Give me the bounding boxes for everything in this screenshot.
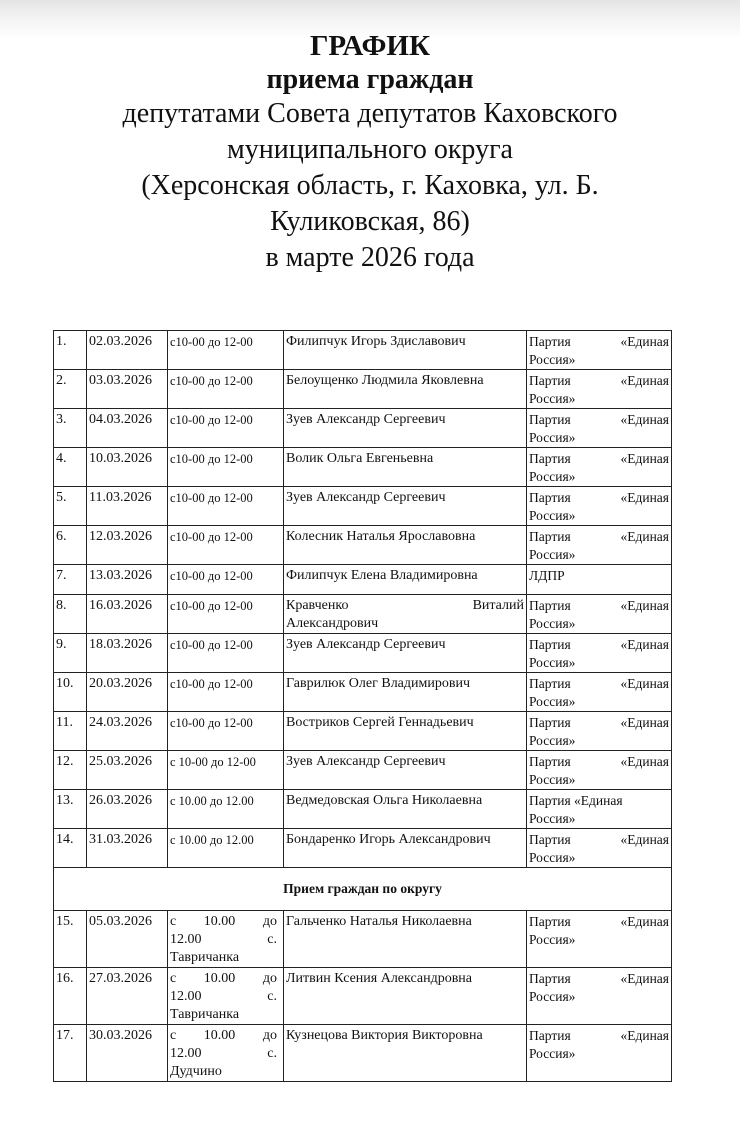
row-party: Партия«ЕдинаяРоссия» [527,448,672,487]
header-line: депутатами Совета депутатов Каховского [0,96,740,132]
party-word: Партия [529,714,571,732]
row-time: с10-00 до 12-00 [168,331,284,370]
time-word: с [170,970,176,988]
row-date: 02.03.2026 [87,331,168,370]
party-word: Партия [529,913,571,931]
row-party: Партия«ЕдинаяРоссия» [527,673,672,712]
row-time: с10-00 до 12-00 [168,565,284,595]
time-word: 12.00 [170,988,202,1006]
row-party: Партия«ЕдинаяРоссия» [527,526,672,565]
row-deputy-name: Зуев Александр Сергеевич [284,409,527,448]
row-date: 27.03.2026 [87,968,168,1025]
time-word: до [263,1027,277,1045]
party-line: Партия«Единая [529,411,669,429]
row-number: 3. [54,409,87,448]
party-word: «Единая [620,372,669,390]
time-word: с. [267,931,277,949]
row-deputy-name: Белоущенко Людмила Яковлевна [284,370,527,409]
time-line: с10.00до [170,1027,277,1045]
row-time: с10-00 до 12-00 [168,526,284,565]
header-line: муниципального округа [0,132,740,168]
schedule-body: 1. 02.03.2026 с10-00 до 12-00 Филипчук И… [54,331,672,1082]
table-row: 12. 25.03.2026 с 10-00 до 12-00 Зуев Але… [54,751,672,790]
party-word: Партия [529,528,571,546]
row-time: с10-00 до 12-00 [168,712,284,751]
row-deputy-name: Кузнецова Виктория Викторовна [284,1025,527,1082]
time-line: Дудчино [170,1063,277,1081]
party-line: Партия«Единая [529,970,669,988]
time-word: до [263,970,277,988]
party-word: «Единая [620,970,669,988]
row-date: 26.03.2026 [87,790,168,829]
party-word: Партия [529,372,571,390]
time-word: 12.00 [170,1045,202,1063]
time-line: с10.00до [170,970,277,988]
row-party: Партия«ЕдинаяРоссия» [527,634,672,673]
row-date: 10.03.2026 [87,448,168,487]
party-line: Россия» [529,988,669,1006]
table-row: 7. 13.03.2026 с10-00 до 12-00 Филипчук Е… [54,565,672,595]
party-word: «Единая [620,831,669,849]
row-number: 9. [54,634,87,673]
table-row: 5. 11.03.2026 с10-00 до 12-00 Зуев Алекс… [54,487,672,526]
row-time: с10-00 до 12-00 [168,409,284,448]
name-line: Александрович [286,615,524,633]
table-row: 9. 18.03.2026 с10-00 до 12-00 Зуев Алекс… [54,634,672,673]
party-word: «Единая [620,714,669,732]
table-row: 16. 27.03.2026 с10.00до12.00с.Тавричанка… [54,968,672,1025]
table-row: 4. 10.03.2026 с10-00 до 12-00 Волик Ольг… [54,448,672,487]
table-row: 3. 04.03.2026 с10-00 до 12-00 Зуев Алекс… [54,409,672,448]
table-row: 15. 05.03.2026 с10.00до12.00с.Тавричанка… [54,911,672,968]
row-time: с10-00 до 12-00 [168,370,284,409]
row-time: с10-00 до 12-00 [168,448,284,487]
party-line: Россия» [529,810,669,828]
row-number: 14. [54,829,87,868]
table-row: 10. 20.03.2026 с10-00 до 12-00 Гаврилюк … [54,673,672,712]
party-line: Партия«Единая [529,372,669,390]
time-word: до [263,913,277,931]
party-word: «Единая [620,753,669,771]
name-word: Виталий [473,597,524,615]
row-number: 7. [54,565,87,595]
party-word: Партия [529,970,571,988]
party-line: Россия» [529,546,669,564]
row-time: с 10.00 до 12.00 [168,790,284,829]
table-row: 17. 30.03.2026 с10.00до12.00с.Дудчино Ку… [54,1025,672,1082]
party-line: Партия«Единая [529,753,669,771]
party-word: Партия [529,450,571,468]
table-row: 14. 31.03.2026 с 10.00 до 12.00 Бондарен… [54,829,672,868]
party-word: Партия [529,1027,571,1045]
row-number: 8. [54,595,87,634]
header-line: (Херсонская область, г. Каховка, ул. Б. [0,168,740,204]
header-line: Куликовская, 86) [0,204,740,240]
row-number: 11. [54,712,87,751]
time-line: 12.00с. [170,988,277,1006]
row-number: 16. [54,968,87,1025]
party-line: Партия«Единая [529,597,669,615]
row-deputy-name: Зуев Александр Сергеевич [284,751,527,790]
party-line: Россия» [529,1045,669,1063]
table-row: 8. 16.03.2026 с10-00 до 12-00 КравченкоВ… [54,595,672,634]
time-word: 10.00 [204,1027,236,1045]
row-number: 12. [54,751,87,790]
party-line: Партия«Единая [529,714,669,732]
party-line: Россия» [529,351,669,369]
row-number: 6. [54,526,87,565]
party-word: Партия [529,753,571,771]
party-line: Россия» [529,429,669,447]
row-deputy-name: Волик Ольга Евгеньевна [284,448,527,487]
row-deputy-name: Колесник Наталья Ярославовна [284,526,527,565]
party-line: Партия«Единая [529,528,669,546]
row-deputy-name: Литвин Ксения Александровна [284,968,527,1025]
row-party: Партия«ЕдинаяРоссия» [527,331,672,370]
party-line: Россия» [529,507,669,525]
party-line: Россия» [529,390,669,408]
table-row: 13. 26.03.2026 с 10.00 до 12.00 Ведмедов… [54,790,672,829]
row-time: с 10.00 до 12.00 [168,829,284,868]
row-number: 15. [54,911,87,968]
party-line: Россия» [529,654,669,672]
section-title: Прием граждан по округу [54,868,672,911]
row-party: Партия«ЕдинаяРоссия» [527,712,672,751]
party-line: Россия» [529,468,669,486]
row-deputy-name: Бондаренко Игорь Александрович [284,829,527,868]
row-party: ЛДПР [527,565,672,595]
row-number: 10. [54,673,87,712]
header-line: в марте 2026 года [0,240,740,276]
row-time: с 10-00 до 12-00 [168,751,284,790]
party-line: Партия«Единая [529,1027,669,1045]
party-word: Партия [529,675,571,693]
time-line: Тавричанка [170,949,277,967]
name-word: Кравченко [286,597,348,615]
party-line: Россия» [529,931,669,949]
party-word: «Единая [620,675,669,693]
row-party: Партия«ЕдинаяРоссия» [527,829,672,868]
time-word: 10.00 [204,913,236,931]
party-line: Партия «Единая [529,792,669,810]
row-date: 05.03.2026 [87,911,168,968]
table-row: 6. 12.03.2026 с10-00 до 12-00 Колесник Н… [54,526,672,565]
table-row: 1. 02.03.2026 с10-00 до 12-00 Филипчук И… [54,331,672,370]
row-date: 18.03.2026 [87,634,168,673]
row-date: 03.03.2026 [87,370,168,409]
row-deputy-name: Гаврилюк Олег Владимирович [284,673,527,712]
party-line: Россия» [529,849,669,867]
row-time: с10-00 до 12-00 [168,487,284,526]
time-line: Тавричанка [170,1006,277,1024]
table-row: 2. 03.03.2026 с10-00 до 12-00 Белоущенко… [54,370,672,409]
row-date: 24.03.2026 [87,712,168,751]
row-party: Партия«ЕдинаяРоссия» [527,751,672,790]
row-party: Партия «ЕдинаяРоссия» [527,790,672,829]
time-word: 12.00 [170,931,202,949]
row-date: 16.03.2026 [87,595,168,634]
document-header: ГРАФИК приема граждан депутатами Совета … [0,30,740,276]
section-row: Прием граждан по округу [54,868,672,911]
name-line: КравченкоВиталий [286,597,524,615]
party-line: Партия«Единая [529,913,669,931]
row-deputy-name: Филипчук Игорь Здиславович [284,331,527,370]
row-number: 13. [54,790,87,829]
row-party: Партия«ЕдинаяРоссия» [527,595,672,634]
row-date: 31.03.2026 [87,829,168,868]
party-word: «Единая [620,411,669,429]
row-time: с10-00 до 12-00 [168,595,284,634]
party-word: Партия [529,489,571,507]
time-line: с10.00до [170,913,277,931]
row-number: 5. [54,487,87,526]
party-line: Партия«Единая [529,831,669,849]
row-date: 13.03.2026 [87,565,168,595]
row-time: с10.00до12.00с.Тавричанка [168,911,284,968]
row-party: Партия«ЕдинаяРоссия» [527,409,672,448]
party-line: Партия«Единая [529,450,669,468]
row-time: с10-00 до 12-00 [168,634,284,673]
row-party: Партия«ЕдинаяРоссия» [527,968,672,1025]
party-word: «Единая [620,450,669,468]
party-line: Россия» [529,732,669,750]
party-line: Партия«Единая [529,489,669,507]
party-line: Россия» [529,615,669,633]
row-deputy-name: Филипчук Елена Владимировна [284,565,527,595]
time-word: с. [267,988,277,1006]
document-subtitle: приема граждан [0,63,740,96]
row-party: Партия«ЕдинаяРоссия» [527,487,672,526]
row-time: с10.00до12.00с.Дудчино [168,1025,284,1082]
row-number: 1. [54,331,87,370]
row-deputy-name: Востриков Сергей Геннадьевич [284,712,527,751]
party-word: Партия [529,636,571,654]
row-date: 30.03.2026 [87,1025,168,1082]
party-line: Партия«Единая [529,333,669,351]
schedule-table: 1. 02.03.2026 с10-00 до 12-00 Филипчук И… [53,330,672,1082]
row-number: 4. [54,448,87,487]
time-word: с [170,913,176,931]
party-line: Россия» [529,771,669,789]
party-line: Россия» [529,693,669,711]
party-word: Партия [529,411,571,429]
party-word: Партия [529,597,571,615]
time-line: 12.00с. [170,1045,277,1063]
party-line: Партия«Единая [529,636,669,654]
row-deputy-name: Ведмедовская Ольга Николаевна [284,790,527,829]
party-word: Партия [529,333,571,351]
party-word: «Единая [620,597,669,615]
time-line: 12.00с. [170,931,277,949]
party-word: «Единая [620,913,669,931]
document-title: ГРАФИК [0,30,740,63]
party-word: «Единая [620,333,669,351]
time-word: с [170,1027,176,1045]
row-party: Партия«ЕдинаяРоссия» [527,370,672,409]
row-date: 12.03.2026 [87,526,168,565]
row-date: 25.03.2026 [87,751,168,790]
row-party: Партия«ЕдинаяРоссия» [527,1025,672,1082]
party-word: «Единая [620,528,669,546]
row-party: Партия«ЕдинаяРоссия» [527,911,672,968]
row-date: 20.03.2026 [87,673,168,712]
row-deputy-name: КравченкоВиталийАлександрович [284,595,527,634]
row-number: 17. [54,1025,87,1082]
party-word: Партия [529,831,571,849]
row-deputy-name: Гальченко Наталья Николаевна [284,911,527,968]
party-line: Партия«Единая [529,675,669,693]
row-date: 04.03.2026 [87,409,168,448]
row-deputy-name: Зуев Александр Сергеевич [284,634,527,673]
row-time: с10.00до12.00с.Тавричанка [168,968,284,1025]
party-word: «Единая [620,1027,669,1045]
time-word: с. [267,1045,277,1063]
time-word: 10.00 [204,970,236,988]
row-number: 2. [54,370,87,409]
row-date: 11.03.2026 [87,487,168,526]
row-time: с10-00 до 12-00 [168,673,284,712]
party-word: «Единая [620,636,669,654]
row-deputy-name: Зуев Александр Сергеевич [284,487,527,526]
party-word: «Единая [620,489,669,507]
table-row: 11. 24.03.2026 с10-00 до 12-00 Востриков… [54,712,672,751]
